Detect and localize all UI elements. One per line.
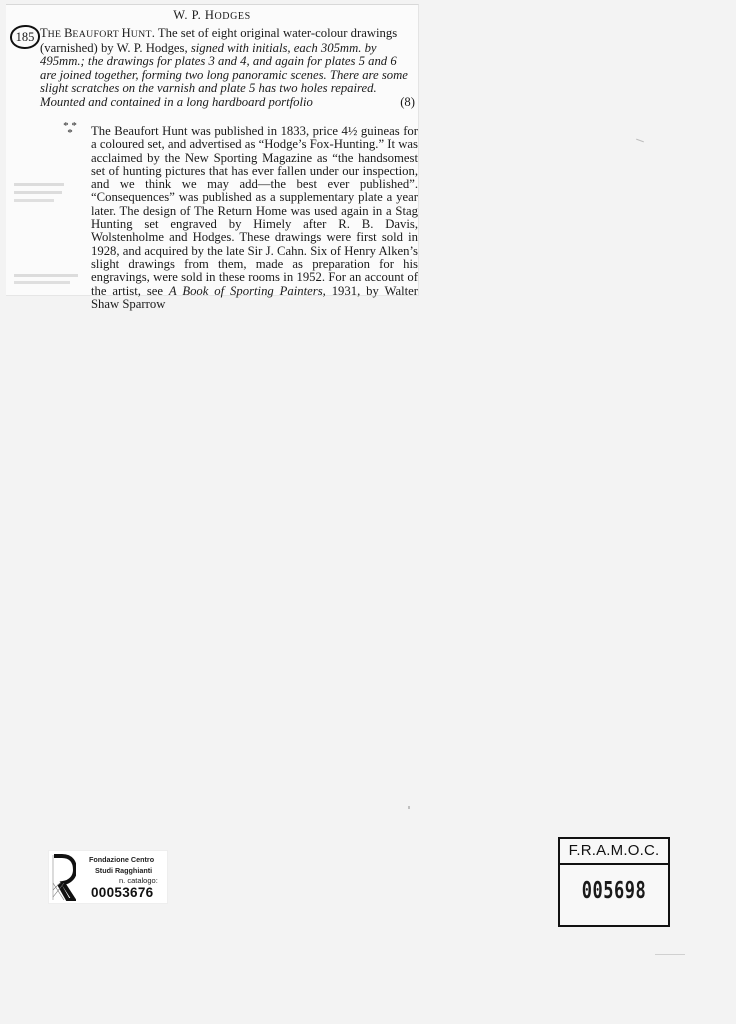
note-asterisks: * * * — [60, 123, 80, 137]
catalog-number: 00053676 — [91, 885, 153, 900]
title-part: H — [122, 26, 131, 40]
heading-smallcaps: ODGES — [214, 11, 250, 22]
scan-mark — [408, 806, 410, 809]
title-part: UNT — [131, 29, 152, 40]
title-part: T — [40, 26, 48, 40]
bleed-through-text — [14, 180, 74, 214]
catalogue-note: The Beaufort Hunt was published in 1833,… — [91, 125, 418, 311]
catalog-label: n. catalogo: — [119, 876, 158, 885]
bleed-through-text — [14, 272, 84, 286]
framoc-label: F.R.A.M.O.C. — [560, 839, 668, 865]
lot-count: (8) — [400, 96, 415, 110]
institution-line-2: Studi Ragghianti — [95, 866, 152, 875]
title-part: HE — [48, 29, 64, 40]
lot-number-circled: 185 — [10, 25, 40, 49]
lot-title: THE BEAUFORT HUNT — [40, 26, 152, 40]
note-book-title: A Book of Sporting Painters, — [169, 284, 326, 298]
artist-heading: W. P. HODGES — [6, 8, 418, 23]
framoc-stamp: F.R.A.M.O.C. 005698 — [558, 837, 670, 927]
ragghianti-r-logo-icon — [52, 853, 76, 901]
framoc-number: 005698 — [560, 878, 668, 905]
title-part: EAUFORT — [72, 29, 121, 40]
heading-text: W. P. H — [173, 8, 214, 22]
institution-line-1: Fondazione Centro — [89, 855, 154, 864]
lot-description: THE BEAUFORT HUNT. The set of eight orig… — [40, 27, 415, 110]
note-text: The Beaufort Hunt was published in 1833,… — [91, 124, 418, 298]
scan-mark — [636, 139, 644, 143]
scan-mark — [655, 954, 685, 955]
fondazione-ragghianti-label: Fondazione Centro Studi Ragghianti n. ca… — [48, 850, 168, 904]
auction-catalogue-clipping: W. P. HODGES 185 THE BEAUFORT HUNT. The … — [6, 4, 419, 296]
